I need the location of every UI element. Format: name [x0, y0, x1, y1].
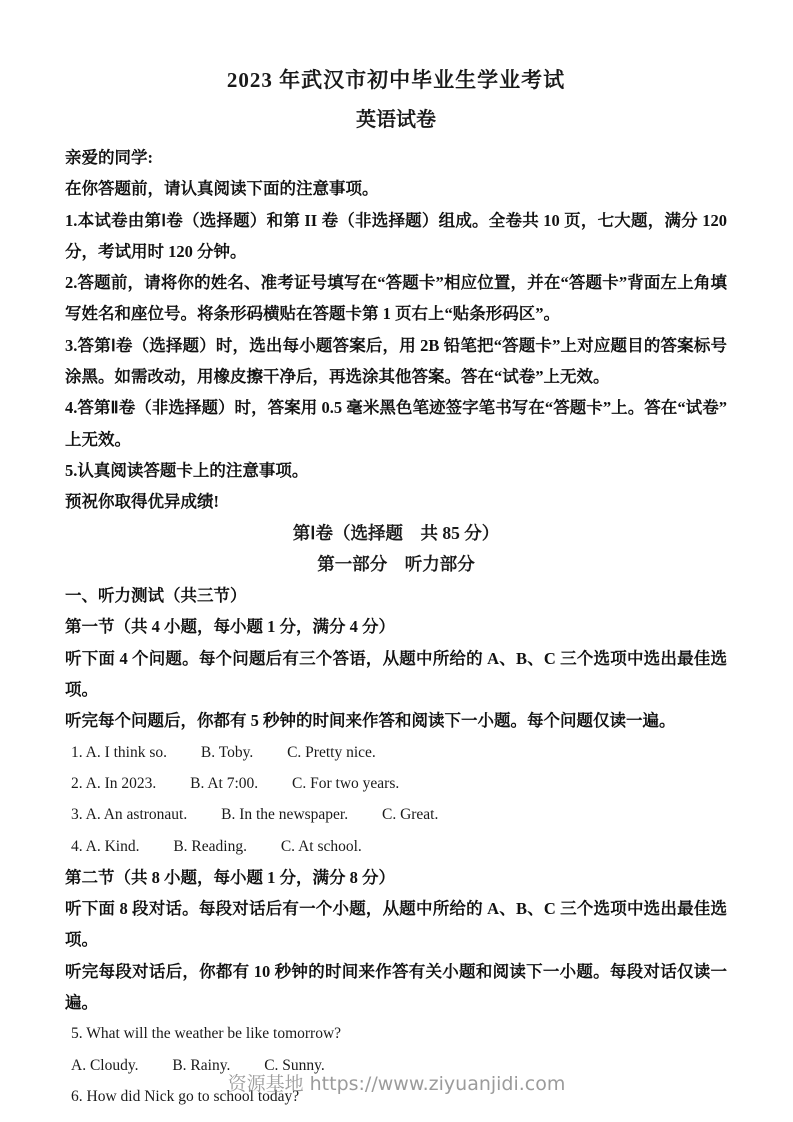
question-2-option-b: B. At 7:00. [190, 768, 258, 799]
listening-s2-title: 第二节（共 8 小题，每小题 1 分，满分 8 分） [65, 862, 727, 893]
listening-s2-instruction-2: 听完每段对话后，你都有 10 秒钟的时间来作答有关小题和阅读下一小题。每段对话仅… [65, 956, 727, 1019]
question-row-3: 3. A. An astronaut. B. In the newspaper.… [65, 799, 727, 830]
watermark-footer: 资源基地 https://www.ziyuanjidi.com [0, 1069, 793, 1096]
notice-item-1: 1.本试卷由第Ⅰ卷（选择题）和第 II 卷（非选择题）组成。全卷共 10 页，七… [65, 205, 727, 268]
listening-s1-instruction-1: 听下面 4 个问题。每个问题后有三个答语，从题中所给的 A、B、C 三个选项中选… [65, 643, 727, 706]
question-row-1: 1. A. I think so. B. Toby. C. Pretty nic… [65, 737, 727, 768]
listening-s2-instruction-1: 听下面 8 段对话。每段对话后有一个小题，从题中所给的 A、B、C 三个选项中选… [65, 893, 727, 956]
question-1-option-c: C. Pretty nice. [287, 737, 376, 768]
question-4-option-c: C. At school. [281, 831, 362, 862]
question-3-option-a: 3. A. An astronaut. [71, 799, 187, 830]
part1-heading: 第一部分 听力部分 [65, 549, 727, 580]
question-4-option-a: 4. A. Kind. [71, 831, 139, 862]
intro-line: 在你答题前，请认真阅读下面的注意事项。 [65, 173, 727, 204]
question-3-option-b: B. In the newspaper. [221, 799, 348, 830]
question-3-option-c: C. Great. [382, 799, 438, 830]
greeting-line: 亲爱的同学: [65, 142, 727, 173]
question-1-option-a: 1. A. I think so. [71, 737, 167, 768]
question-5-text: 5. What will the weather be like tomorro… [65, 1018, 727, 1049]
listening-s1-title: 第一节（共 4 小题，每小题 1 分，满分 4 分） [65, 611, 727, 642]
volume1-heading: 第Ⅰ卷（选择题 共 85 分） [65, 518, 727, 549]
question-1-option-b: B. Toby. [201, 737, 253, 768]
notice-item-3: 3.答第Ⅰ卷（选择题）时，选出每小题答案后，用 2B 铅笔把“答题卡”上对应题目… [65, 330, 727, 393]
listening-section-title: 一、听力测试（共三节） [65, 580, 727, 611]
wish-line: 预祝你取得优异成绩! [65, 486, 727, 517]
paper-subtitle: 英语试卷 [65, 105, 727, 135]
paper-title: 2023 年武汉市初中毕业生学业考试 [65, 64, 727, 96]
listening-s1-instruction-2: 听完每个问题后，你都有 5 秒钟的时间来作答和阅读下一小题。每个问题仅读一遍。 [65, 705, 727, 736]
paper-body: 亲爱的同学: 在你答题前，请认真阅读下面的注意事项。 1.本试卷由第Ⅰ卷（选择题… [65, 142, 727, 1112]
question-2-option-a: 2. A. In 2023. [71, 768, 156, 799]
question-2-option-c: C. For two years. [292, 768, 399, 799]
question-row-2: 2. A. In 2023. B. At 7:00. C. For two ye… [65, 768, 727, 799]
question-row-4: 4. A. Kind. B. Reading. C. At school. [65, 831, 727, 862]
question-4-option-b: B. Reading. [173, 831, 247, 862]
notice-item-5: 5.认真阅读答题卡上的注意事项。 [65, 455, 727, 486]
notice-item-2: 2.答题前，请将你的姓名、准考证号填写在“答题卡”相应位置，并在“答题卡”背面左… [65, 267, 727, 330]
notice-item-4: 4.答第Ⅱ卷（非选择题）时，答案用 0.5 毫米黑色笔迹签字笔书写在“答题卡”上… [65, 392, 727, 455]
exam-paper-page: 2023 年武汉市初中毕业生学业考试 英语试卷 亲爱的同学: 在你答题前，请认真… [0, 0, 793, 1122]
